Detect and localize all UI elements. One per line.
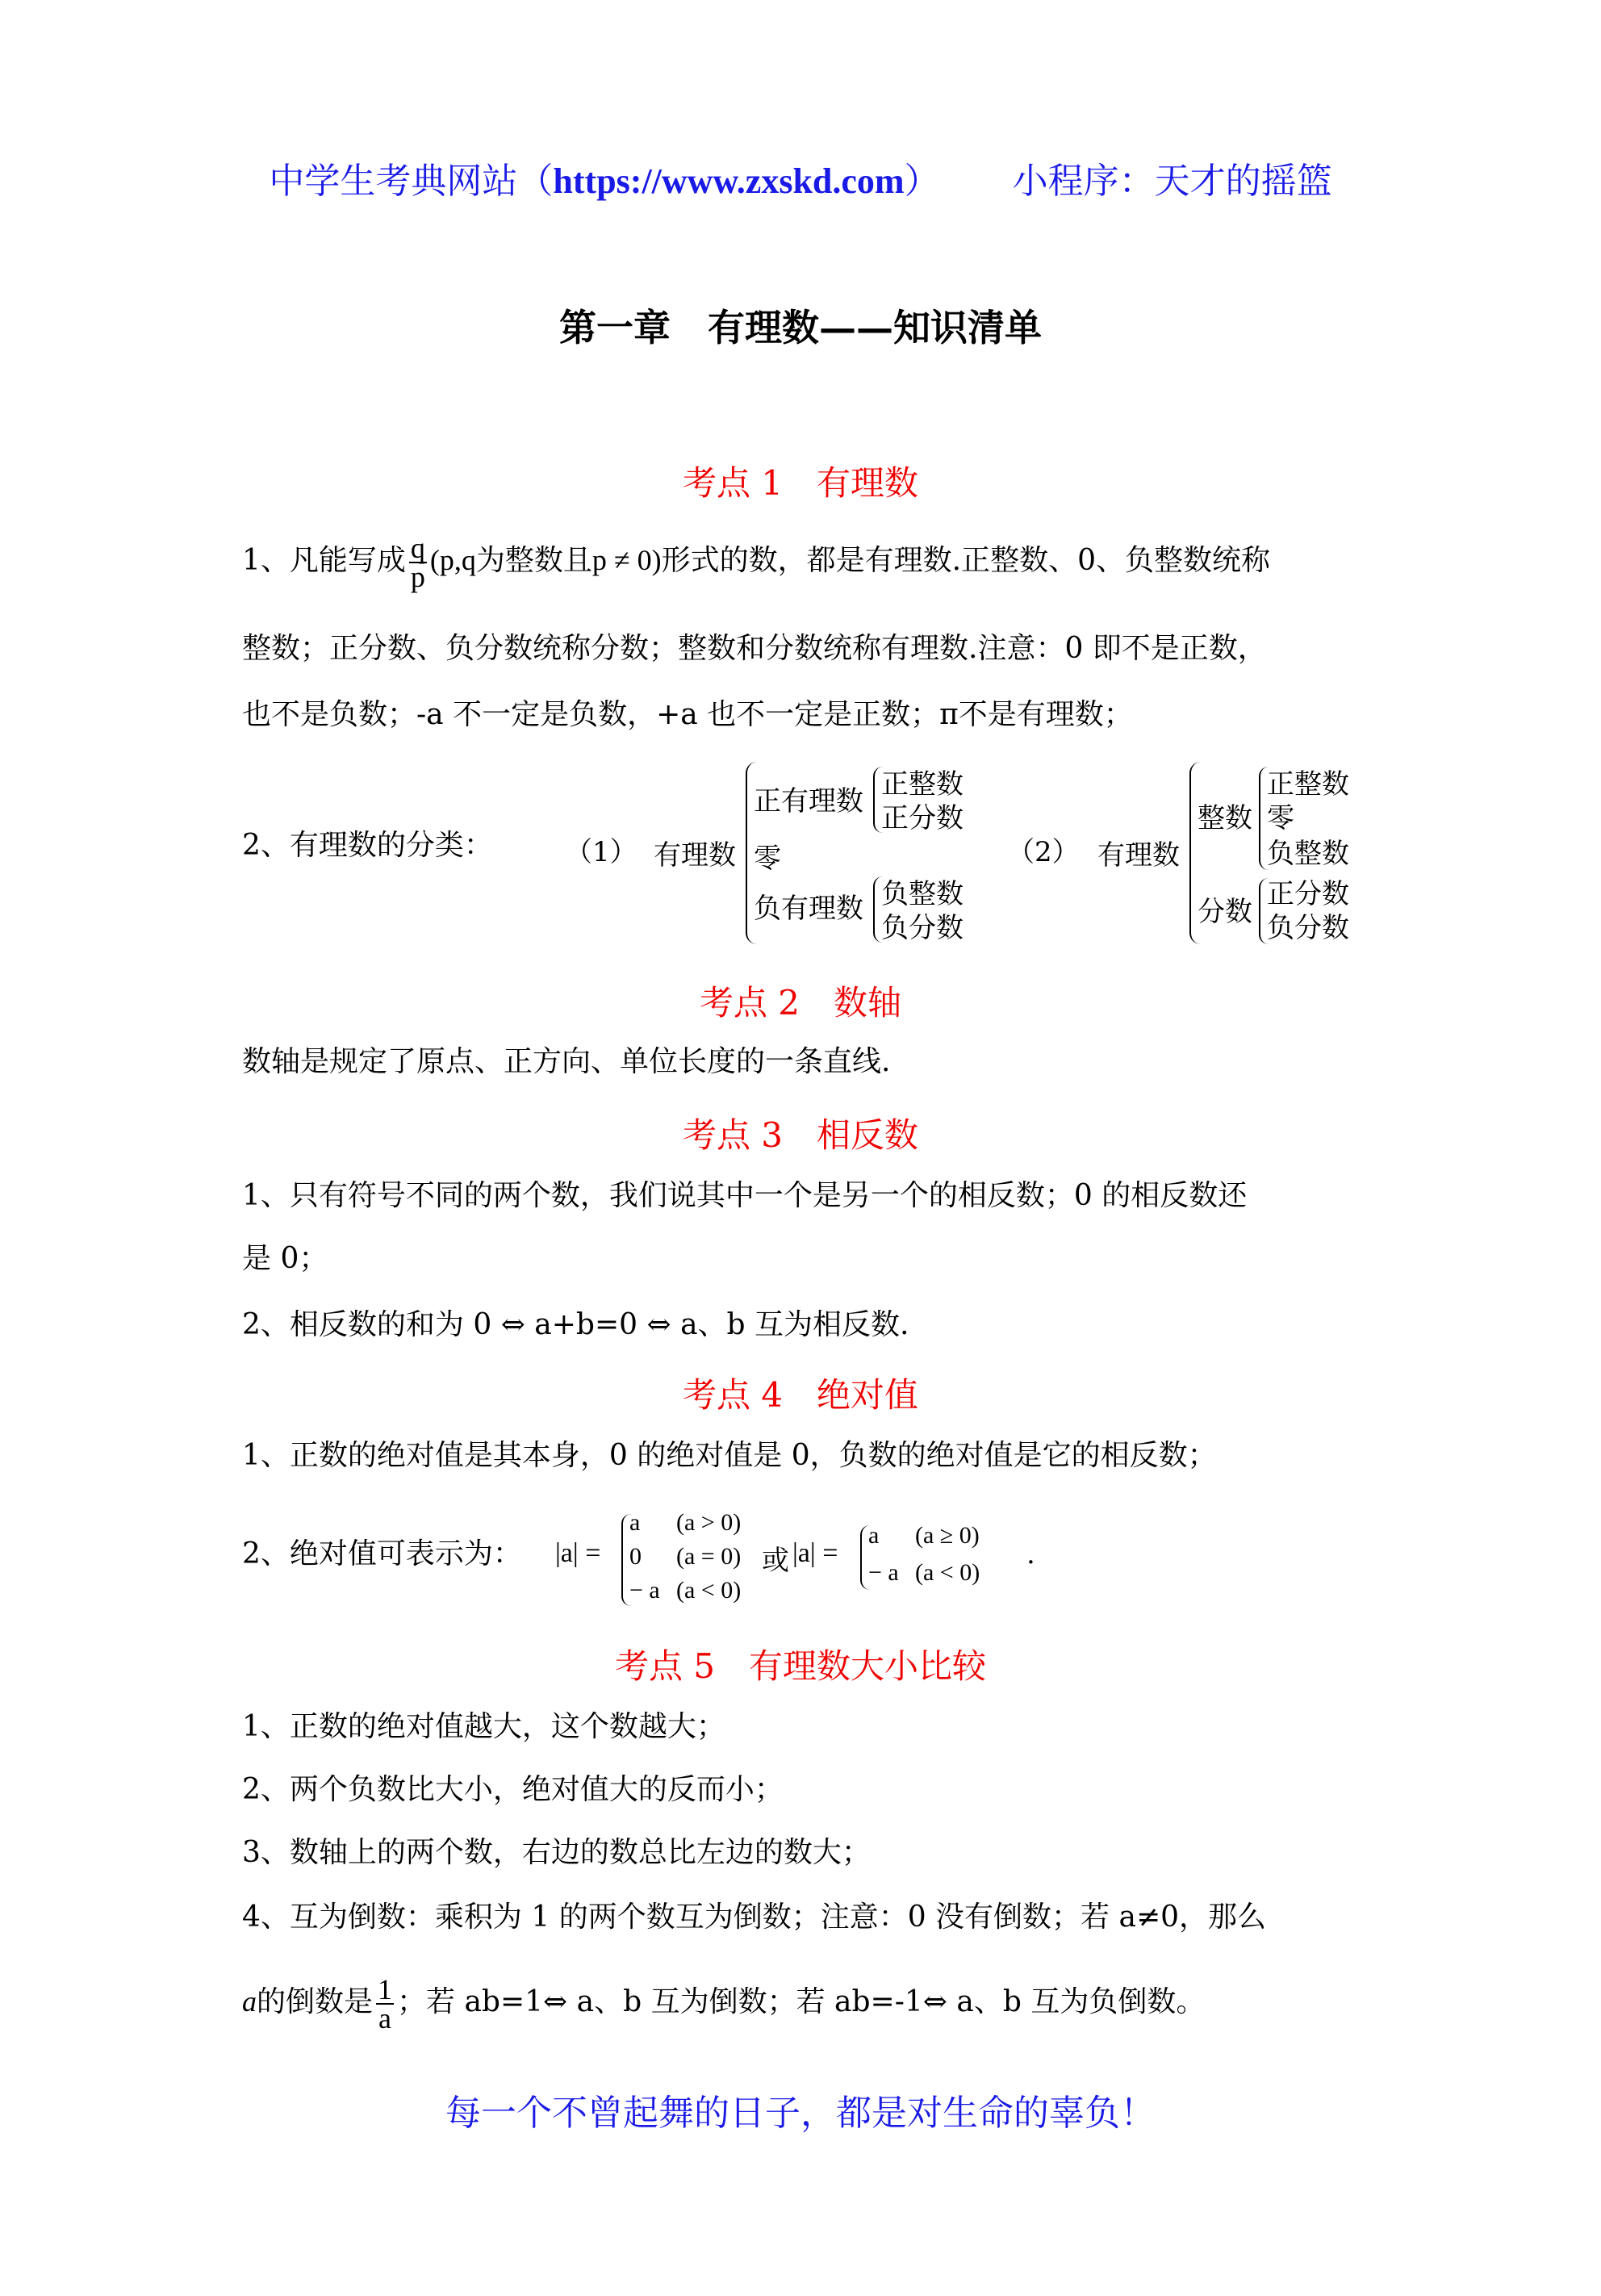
paragraph-1-line-3: 也不是负数；-a 不一定是负数，+a 也不一定是正数；π不是有理数； (242, 699, 1133, 731)
section-heading-5: 考点 5 有理数大小比较 (0, 1640, 1601, 1688)
number-line-definition: 数轴是规定了原点、正方向、单位长度的一条直线. (242, 1046, 890, 1078)
site-name: 中学生考典网站（ (269, 161, 553, 202)
classification-label: 2、有理数的分类： (242, 830, 493, 862)
opposite-line-2: 是 0； (242, 1243, 328, 1275)
compare-line-3: 3、数轴上的两个数，右边的数总比左边的数大； (242, 1837, 871, 1869)
section-heading-4: 考点 4 绝对值 (0, 1369, 1601, 1417)
opposite-line-1: 1、只有符号不同的两个数，我们说其中一个是另一个的相反数；0 的相反数还 (242, 1180, 1247, 1212)
section-heading-2: 考点 2 数轴 (0, 977, 1601, 1025)
site-header: 中学生考典网站（https://www.zxskd.com）小程序：天才的摇篮 (0, 152, 1601, 203)
opposite-line-3: 2、相反数的和为 0 ⇔ a+b=0 ⇔ a、b 互为相反数. (242, 1309, 909, 1341)
absolute-value-line-1: 1、正数的绝对值是其本身，0 的绝对值是 0，负数的绝对值是它的相反数； (242, 1440, 1217, 1472)
site-name-close: ） (905, 161, 940, 202)
section-heading-1: 考点 1 有理数 (0, 457, 1601, 505)
paragraph-1-line-2: 整数；正分数、负分数统称分数；整数和分数统称有理数.注意：0 即不是正数， (242, 633, 1267, 665)
paragraph-1-line-1: 1、凡能写成qp(p,q为整数且p ≠ 0)形式的数，都是有理数.正整数、0、负… (242, 534, 1270, 591)
compare-line-1: 1、正数的绝对值越大，这个数越大； (242, 1711, 725, 1743)
section-heading-3: 考点 3 相反数 (0, 1109, 1601, 1157)
footer-motto: 每一个不曾起舞的日子，都是对生命的辜负！ (0, 2084, 1601, 2135)
fraction-1-over-a: 1a (376, 1976, 394, 2032)
compare-line-2: 2、两个负数比大小，绝对值大的反而小； (242, 1774, 784, 1806)
page-title: 第一章 有理数——知识清单 (0, 299, 1601, 352)
compare-line-5: a的倒数是1a；若 ab=1⇔ a、b 互为倒数；若 ab=-1⇔ a、b 互为… (242, 1976, 1205, 2032)
mini-program-label: 小程序：天才的摇篮 (1013, 161, 1332, 202)
fraction-q-over-p: qp (409, 534, 427, 591)
compare-line-4: 4、互为倒数：乘积为 1 的两个数互为倒数；注意：0 没有倒数；若 a≠0，那么 (242, 1901, 1266, 1934)
site-url-link[interactable]: https://www.zxskd.com (553, 161, 904, 201)
